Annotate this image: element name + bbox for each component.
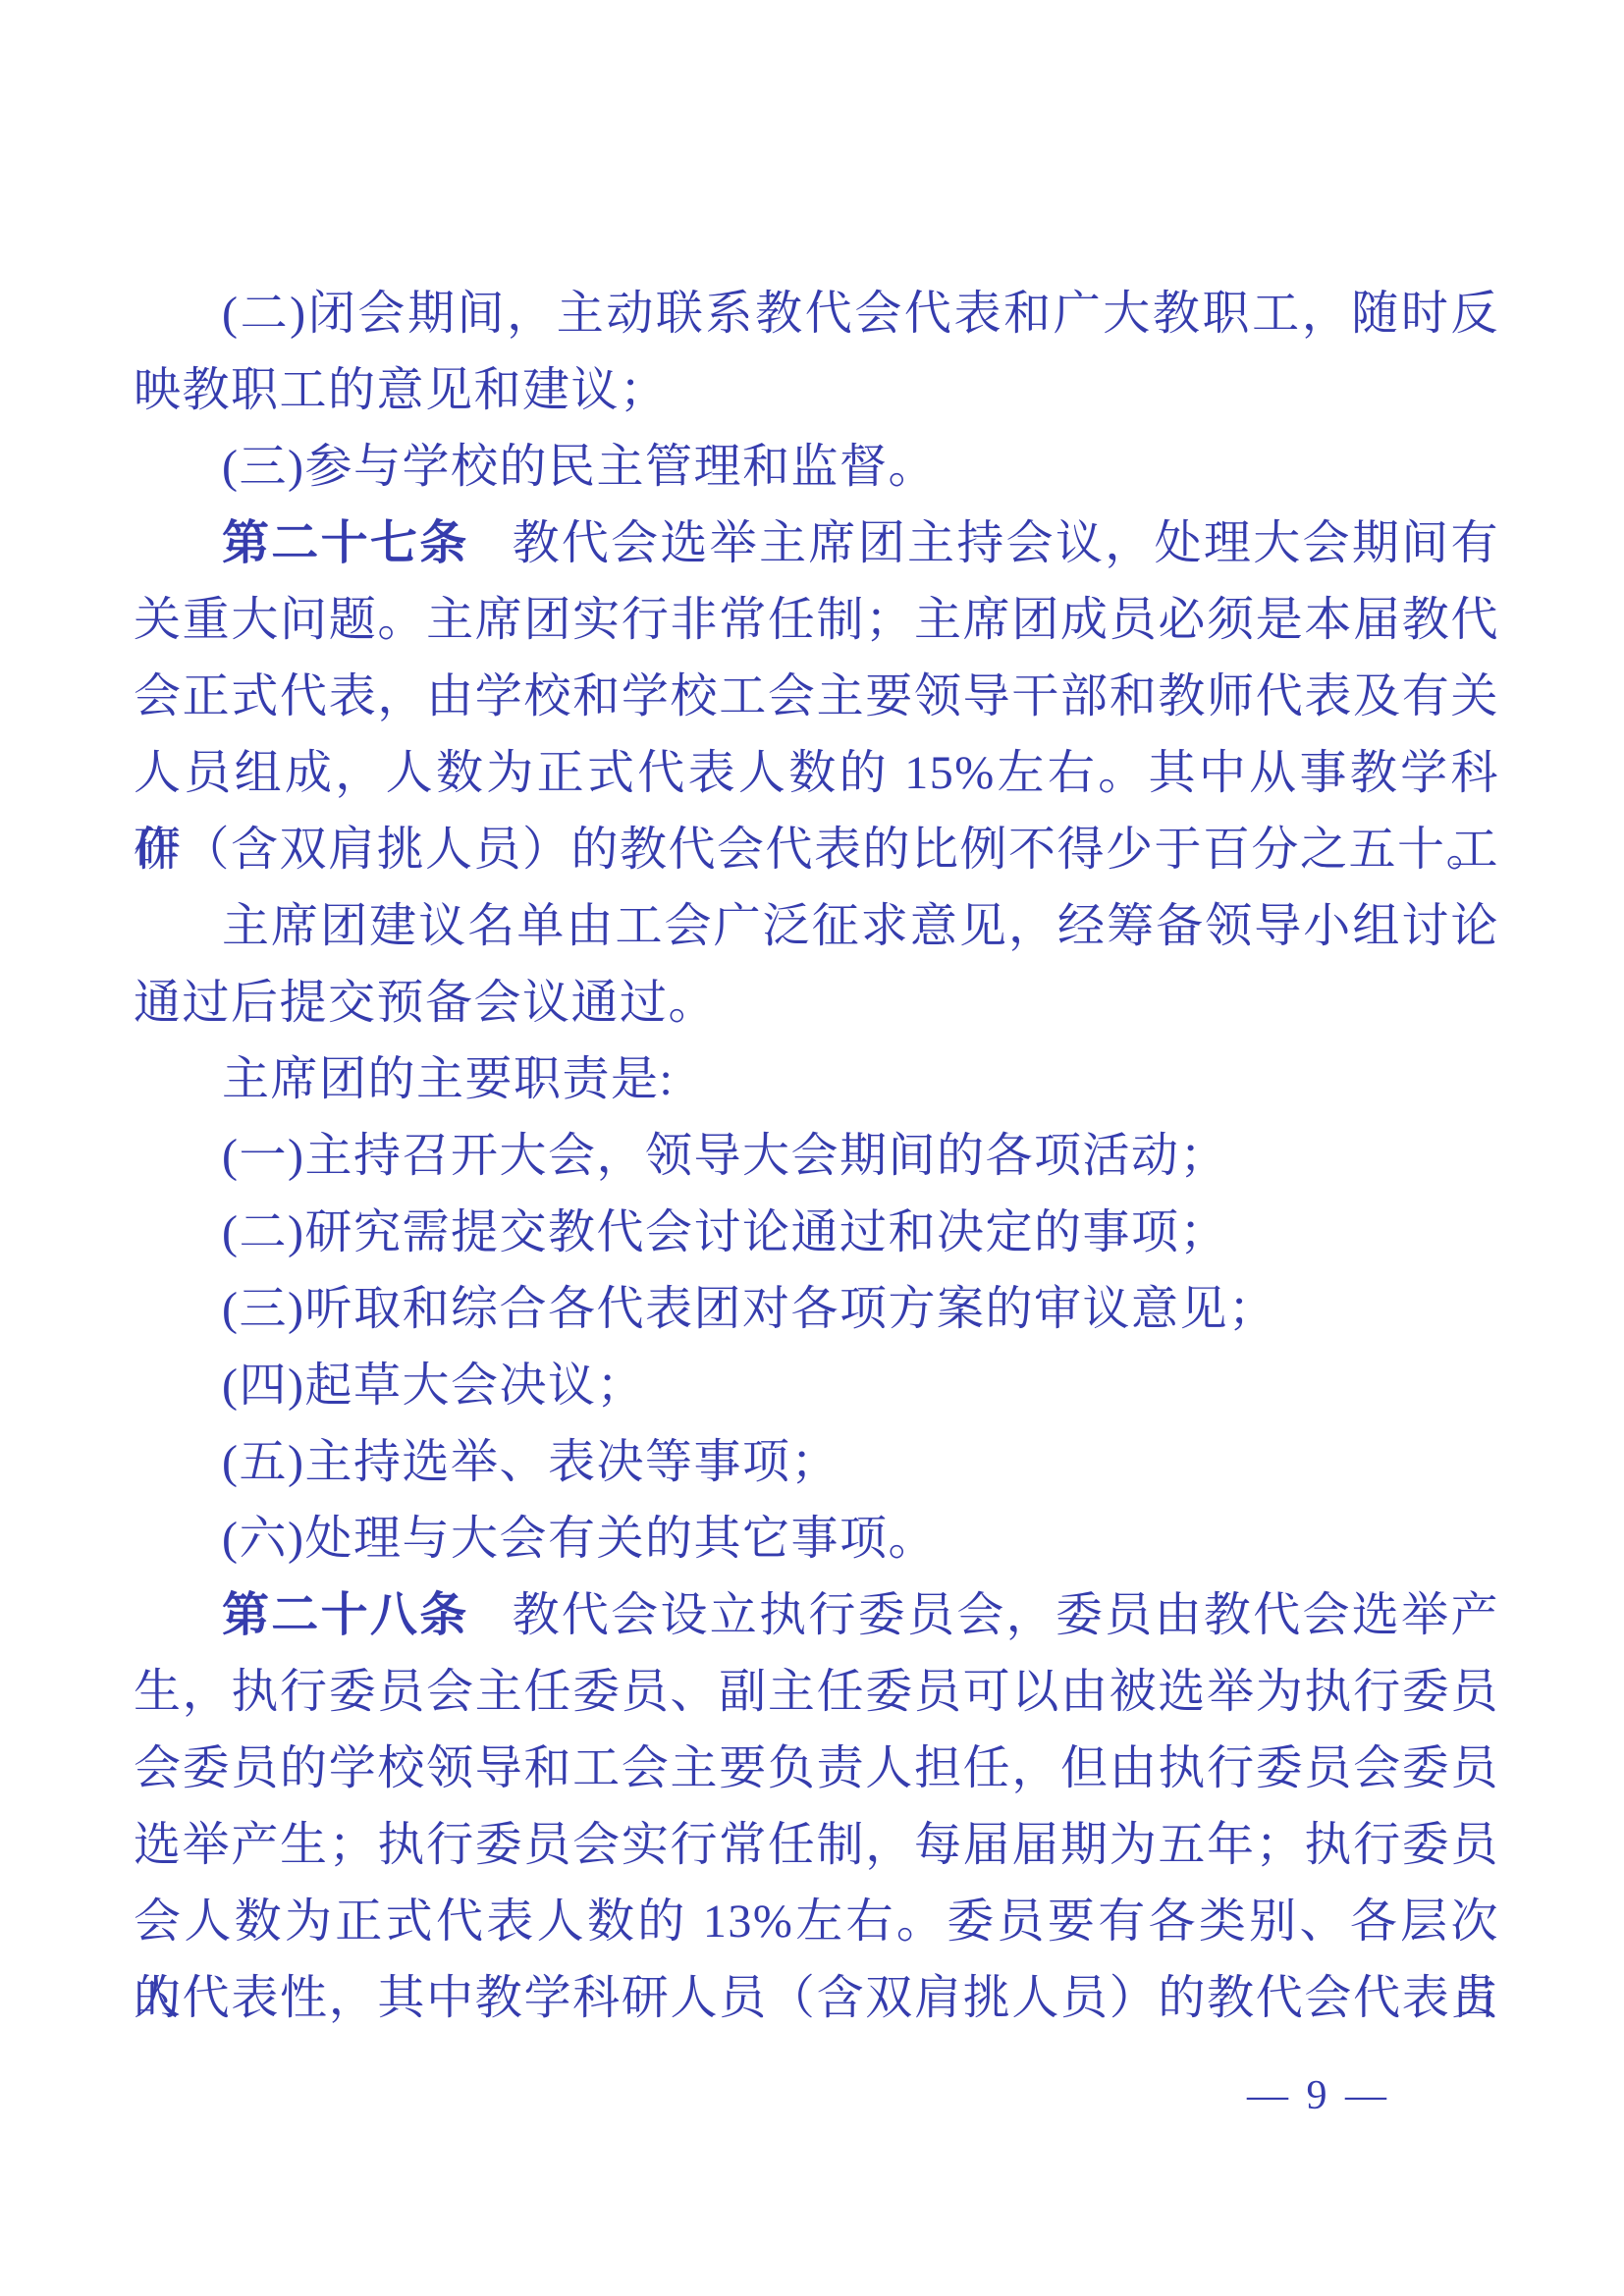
doc-line: (二)研究需提交教代会讨论通过和决定的事项；	[134, 1195, 1499, 1271]
doc-line: 第二十七条教代会选举主席团主持会议，处理大会期间有	[134, 506, 1499, 582]
article-heading-text: 教代会选举主席团主持会议，处理大会期间有	[513, 517, 1499, 569]
doc-line: 人员组成，人数为正式代表人数的 15%左右。其中从事教学科研工	[134, 735, 1499, 812]
doc-line: 第二十八条教代会设立执行委员会，委员由教代会选举产	[134, 1577, 1499, 1654]
doc-line: 生，执行委员会主任委员、副主任委员可以由被选举为执行委员	[134, 1654, 1499, 1731]
doc-line: 作（含双肩挑人员）的教代会代表的比例不得少于百分之五十。	[134, 812, 1499, 888]
doc-line: (六)处理与大会有关的其它事项。	[134, 1501, 1499, 1577]
article-heading-text: 教代会设立执行委员会，委员由教代会选举产	[513, 1589, 1499, 1641]
doc-line: 主席团的主要职责是:	[134, 1041, 1499, 1118]
doc-line: 主席团建议名单由工会广泛征求意见，经筹备领导小组讨论	[134, 888, 1499, 965]
doc-line: (三)参与学校的民主管理和监督。	[134, 429, 1499, 506]
article-heading: 第二十七条	[222, 517, 469, 569]
article-heading: 第二十八条	[222, 1589, 469, 1641]
doc-line: 会人数为正式代表人数的 13%左右。委员要有各类别、各层次人员	[134, 1884, 1499, 1960]
doc-line: (二)闭会期间，主动联系教代会代表和广大教职工，随时反	[134, 276, 1499, 352]
document-page: (二)闭会期间，主动联系教代会代表和广大教职工，随时反 映教职工的意见和建议； …	[0, 0, 1624, 2296]
doc-line: (三)听取和综合各代表团对各项方案的审议意见；	[134, 1271, 1499, 1348]
doc-line: 会委员的学校领导和工会主要负责人担任，但由执行委员会委员	[134, 1731, 1499, 1807]
doc-line: 的代表性，其中教学科研人员（含双肩挑人员）的教代会代表占	[134, 1960, 1499, 2037]
page-number: — 9 —	[1247, 2066, 1390, 2125]
doc-line: (五)主持选举、表决等事项；	[134, 1424, 1499, 1501]
doc-line: (四)起草大会决议；	[134, 1348, 1499, 1424]
doc-line: 会正式代表，由学校和学校工会主要领导干部和教师代表及有关	[134, 659, 1499, 735]
doc-line: 关重大问题。主席团实行非常任制；主席团成员必须是本届教代	[134, 582, 1499, 659]
document-body: (二)闭会期间，主动联系教代会代表和广大教职工，随时反 映教职工的意见和建议； …	[134, 276, 1499, 2037]
doc-line: 通过后提交预备会议通过。	[134, 965, 1499, 1041]
doc-line: (一)主持召开大会，领导大会期间的各项活动；	[134, 1118, 1499, 1195]
doc-line: 选举产生；执行委员会实行常任制，每届届期为五年；执行委员	[134, 1807, 1499, 1884]
doc-line: 映教职工的意见和建议；	[134, 352, 1499, 429]
